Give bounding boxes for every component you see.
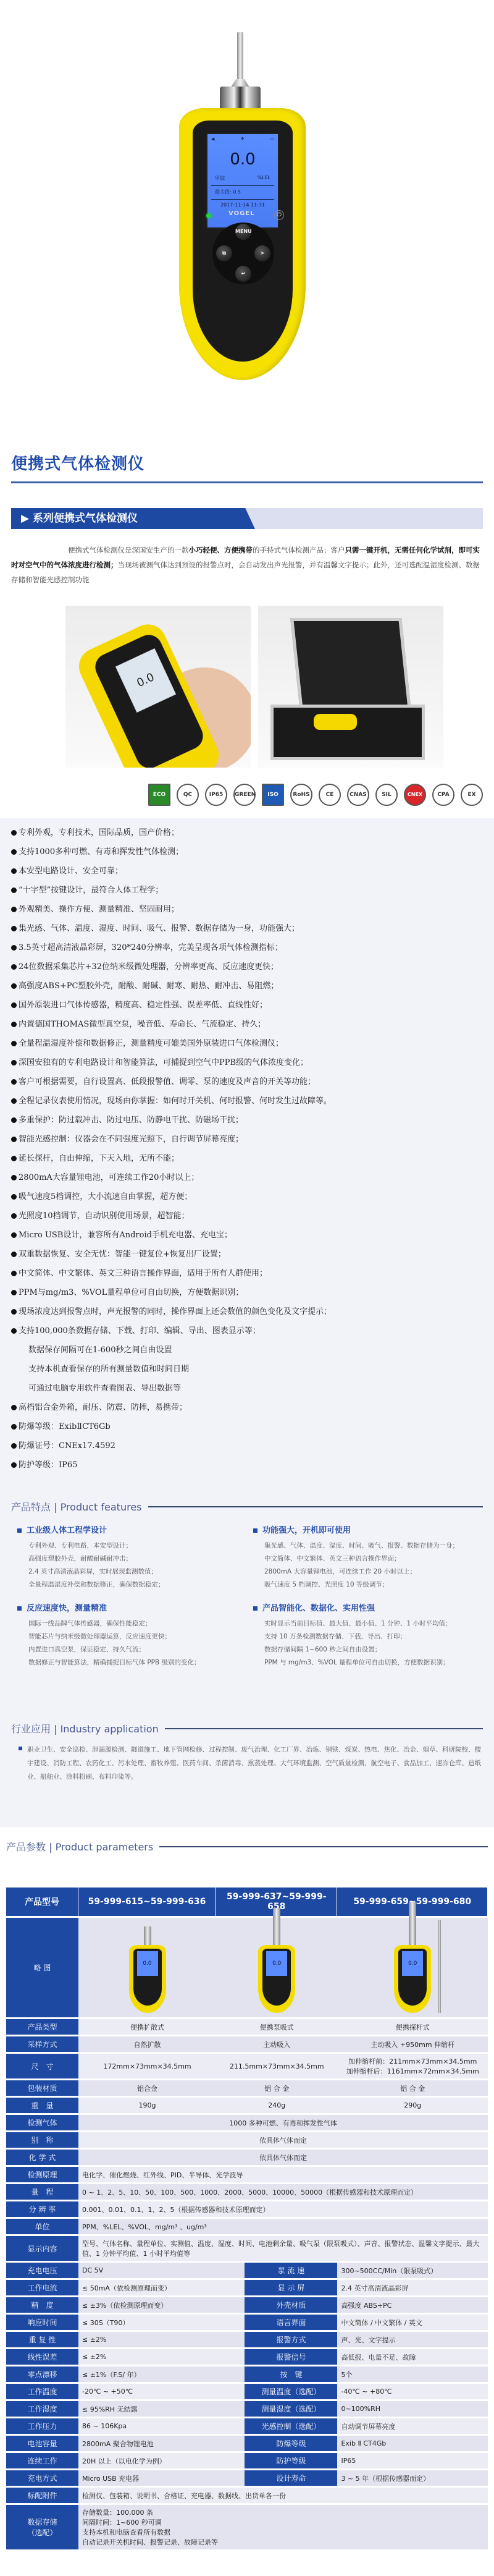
cell-value: ≤ ±3%（依检测原理而变）	[78, 2297, 245, 2313]
bullet-dot-icon	[11, 868, 17, 874]
bullet-dot-icon	[11, 964, 17, 970]
feature-item: 国外原装进口气体传感器，精度高、稳定性强、误差率低、直线性好；	[11, 996, 483, 1015]
cell-value: 86 ~ 106Kpa	[78, 2418, 245, 2434]
lcd-gas: 甲烷	[215, 175, 225, 182]
cell-value: Exib Ⅱ CT4Gb	[337, 2436, 488, 2451]
device-screen: 0.0	[137, 1951, 158, 1976]
product-page: ◀✣▭ 0.0 甲烷%LEL 最大值: 0.5 2017-11-14 11:31…	[0, 0, 494, 2576]
cell-value: 高强度 ABS+PC	[337, 2297, 488, 2313]
cell-value: ≤ 95%RH 无结露	[78, 2401, 245, 2417]
probe-rod	[237, 32, 243, 82]
device-thumbnail-pump: 0.0	[258, 1920, 295, 2013]
feature-block: 功能强大，开机即可使用集光感、气体、温度、湿度、时间、吸气、报警、数据存储为一身…	[253, 1522, 477, 1591]
bullet-dot-icon	[11, 1443, 17, 1449]
bullet-dot-icon	[11, 1098, 17, 1104]
image-row: 略 图0.00.00.0	[6, 1918, 488, 2017]
feature-text: PPM与mg/m3、%VOL量程单位可自由切换，方便数据识别；	[19, 1288, 243, 1297]
feature-item: 外观精美、操作方便、测量精准、坚固耐用；	[11, 900, 483, 919]
feature-text: 国外原装进口气体传感器，精度高、稳定性强、误差率低、直线性好；	[19, 1001, 267, 1010]
feature-block-line: 实时显示当前目标值、最大值、最小值、1 分钟、1 小时平均值；	[253, 1617, 477, 1630]
cell-value: 20H 以上（以电化学为例）	[78, 2453, 245, 2468]
series-banner-label: ▶ 系列便携式气体检测仪	[11, 508, 255, 529]
cell-value: -20℃ ~ +50℃	[78, 2384, 245, 2399]
row-label: 采样方式	[6, 2036, 78, 2052]
bullet-dot-icon	[11, 1290, 17, 1295]
bullet-dot-icon	[11, 1117, 17, 1123]
cell-value: 1000 多种可燃、有毒和挥发性气体	[78, 2115, 488, 2130]
intro-bold-1: 小巧轻便、方便携带	[189, 546, 253, 554]
bullet-square-icon	[253, 1606, 257, 1611]
fan-icon: ✣	[240, 137, 244, 142]
telescopic-rod	[438, 1920, 441, 2013]
cell-value: 检测仪、包装箱、说明书、合格证、充电器、数据线、出货单各一份	[78, 2488, 488, 2503]
cert-logo-icon: CNEX	[404, 784, 426, 806]
battery-icon: ▭	[270, 137, 274, 142]
probe-icon	[409, 1902, 416, 1945]
table-row: 单位PPM、%LEL、%VOL、mg/m³ 、ug/m³	[6, 2219, 488, 2234]
table-row: 包装材质铝合金铝 合 金铝 合 金	[6, 2080, 488, 2096]
cert-logo-icon: ECO	[148, 784, 170, 806]
feature-block-line: 数据修正与智能算法，精确捕捉目标气体 PPB 级别的变化；	[17, 1656, 241, 1669]
row-label: 外壳材质	[245, 2297, 337, 2313]
table-row: 响应时间≤ 30S（T90）语言界面中文简体 / 中文繁体 / 英文	[6, 2315, 488, 2330]
cell-value: ≤ ±2%	[78, 2332, 245, 2347]
section-title: 产品特点 | Product features	[11, 1499, 142, 1514]
feature-item: 防护等级：IP65	[11, 1455, 483, 1475]
cert-logo-icon: SIL	[375, 784, 398, 806]
device-in-case	[314, 714, 357, 730]
cert-logo-icon: IP65	[205, 784, 227, 806]
row-label: 重 量	[6, 2098, 78, 2113]
feature-list: 专利外观，专利技术，国际品质，国产价格；支持1000多种可燃、有毒和挥发性气体检…	[0, 818, 494, 1499]
row-label: 检测原理	[6, 2167, 78, 2182]
feature-text: 光照度10档调节，自动识别使用场景，超智能；	[19, 1211, 190, 1221]
model-image-cell: 0.0	[337, 1918, 488, 2017]
cell-value: 190g	[78, 2098, 216, 2113]
right-arrow-key-icon: >	[254, 245, 270, 261]
feature-block: 工业级人体工程学设计专利外观、专利电路，本安型设计；高强度塑胶外壳，耐酸耐碱耐冲…	[17, 1522, 241, 1591]
feature-item: 集光感、气体、温度、湿度、时间、吸气、报警、数据存储为一身，功能强大；	[11, 919, 483, 938]
model-image-cell: 0.0	[216, 1918, 337, 2017]
section-divider	[165, 1728, 483, 1729]
cell-value: 铝 合 金	[337, 2080, 488, 2096]
table-row: 工作温度-20℃ ~ +50℃测量温度（选配）-40℃ ~ +80℃	[6, 2384, 488, 2399]
lcd-datetime: 2017-11-14 11:31	[211, 199, 274, 208]
feature-block-title-text: 反应速度快，测量精准	[27, 1604, 107, 1613]
table-row: 重 复 性≤ ±2%报警方式声、光、文字提示	[6, 2332, 488, 2347]
intro-paragraph: 便携式气体检测仪是深国安生产的一款小巧轻便、方便携带的手持式气体检测产品；客户只…	[0, 529, 494, 587]
power-icon: ⏻	[274, 210, 284, 220]
row-label: 测量湿度（选配）	[245, 2401, 337, 2417]
row-label: 精 度	[6, 2297, 78, 2313]
feature-block-line: 内置进口真空泵，保证稳定、持久气流；	[17, 1643, 241, 1656]
table-row: 重 量190g240g290g	[6, 2098, 488, 2113]
feature-block-line: 全量程温湿度补偿和数据修正，确保数据稳定；	[17, 1578, 241, 1591]
feature-item: 防爆证号：CNEx17.4592	[11, 1436, 483, 1455]
cell-value: 依具体气体而定	[78, 2150, 488, 2165]
row-label: 连续工作	[6, 2453, 78, 2468]
feature-text: 延长探杆，自由伸缩，下天入地，无所不能；	[19, 1154, 179, 1163]
bullet-dot-icon	[11, 1462, 17, 1468]
feature-item: 本安型电路设计、安全可靠；	[11, 862, 483, 881]
feature-item: 防爆等级：ExibⅡCT6Gb	[11, 1417, 483, 1436]
feature-text: 现场浓度达到报警点时，声光报警的同时，操作界面上还会数值的颜色变化及文字提示；	[19, 1307, 332, 1316]
feature-text: 内置德国THOMAS微型真空泵，噪音低、寿命长、气流稳定、持久；	[19, 1020, 266, 1029]
feature-item: 支持1000多种可燃、有毒和挥发性气体检测；	[11, 842, 483, 862]
feature-item: PPM与mg/m3、%VOL量程单位可自由切换，方便数据识别；	[11, 1283, 483, 1302]
table-row: 显示内容型号、气体名称、量程单位、实测值、温度、湿度、时间、电池剩余量、吸气泵（…	[6, 2236, 488, 2261]
bullet-dot-icon	[11, 1424, 17, 1430]
feature-text: 支持100,000条数据存储、下载、打印、编辑、导出、图表显示等；	[19, 1326, 261, 1336]
feature-block-line: 智能芯片与纳米级微处理器运算，反应速度更快；	[17, 1630, 241, 1643]
title-section: 便携式气体检测仪	[0, 433, 494, 483]
feature-block: 反应速度快，测量精准国际一线品牌气体传感器，确保性能稳定；智能芯片与纳米级微处理…	[17, 1600, 241, 1669]
row-label: 语言界面	[245, 2315, 337, 2330]
row-label: 响应时间	[6, 2315, 78, 2330]
cert-logo-icon: RoHS	[290, 784, 312, 806]
cert-logo-icon: CNAS	[347, 784, 369, 806]
bullet-dot-icon	[11, 945, 17, 951]
cell-value: Micro USB 充电器	[78, 2470, 245, 2486]
bullet-dot-icon	[11, 1041, 17, 1046]
feature-block-title: 反应速度快，测量精准	[17, 1600, 241, 1617]
bullet-dot-icon	[11, 830, 17, 836]
feature-subitem: 支持本机查看保存的所有测量数值和时间日期	[11, 1360, 483, 1379]
feature-block-line: 国际一线品牌气体传感器，确保性能稳定；	[17, 1617, 241, 1630]
cell-value: 声、光、文字提示	[337, 2332, 488, 2347]
feature-text: 吸气速度5档调控，大小流速自由掌握，超方便；	[19, 1192, 192, 1201]
row-label: 工作湿度	[6, 2401, 78, 2417]
feature-text: “十字型”按键设计，最符合人体工程学；	[19, 886, 163, 895]
row-label: 数据存储 （选配）	[6, 2505, 78, 2549]
feature-item: 专利外观，专利技术，国际品质，国产价格；	[11, 823, 483, 842]
row-label: 充电方式	[6, 2470, 78, 2486]
feature-text: 全程记录仪表使用情况，现场由你掌握：如何时开关机、何时报警、何时发生过故障等。	[19, 1096, 332, 1106]
probe-icon	[273, 1908, 280, 1945]
cell-value: 存储数量：100,000 条 间隔时间：1~600 秒可调 支持本机和电脑查看所…	[78, 2505, 488, 2549]
bullet-square-icon	[19, 1747, 22, 1750]
row-label: 充电电压	[6, 2263, 78, 2278]
cell-value: 便携探杆式	[337, 2019, 488, 2035]
table-row: 化 学 式依具体气体而定	[6, 2150, 488, 2165]
feature-item: 深国安独有的专利电路设计和智能算法，可捕捉到空气中PPB级的气体浓度变化；	[11, 1053, 483, 1072]
feature-item: 中文简体、中文繁体、英文三种语言操作界面，适用于所有人群使用；	[11, 1264, 483, 1283]
feature-item: 全程记录仪表使用情况，现场由你掌握：如何时开关机、何时报警、何时发生过故障等。	[11, 1091, 483, 1111]
feature-item: 延长探杆，自由伸缩，下天入地，无所不能；	[11, 1149, 483, 1168]
bullet-square-icon	[17, 1528, 22, 1533]
section-title: 产品参数 | Product parameters	[6, 1839, 153, 1854]
bullet-dot-icon	[11, 1156, 17, 1161]
feature-item: 光照度10档调节，自动识别使用场景，超智能；	[11, 1206, 483, 1226]
cell-value: 加伸缩杆前：211mm×73mm×34.5mm 加伸缩杆后：1161mm×72m…	[337, 2054, 488, 2078]
table-row: 尺 寸172mm×73mm×34.5mm211.5mm×73mm×34.5mm加…	[6, 2054, 488, 2078]
feature-block-title-text: 产品智能化、数据化、实用性强	[262, 1604, 375, 1613]
feature-block-line: 专利外观、专利电路，本安型设计；	[17, 1540, 241, 1553]
title-divider	[11, 481, 483, 483]
model-number: 59-999-615~59-999-636	[78, 1888, 216, 1916]
row-label: 化 学 式	[6, 2150, 78, 2165]
lcd-max-value: 0.5	[233, 189, 241, 195]
feature-text: 专利外观，专利技术，国际品质，国产价格；	[19, 828, 179, 837]
table-row: 充电电压DC 5V泵 流 速300~500CC/Min（限泵吸式）	[6, 2263, 488, 2278]
cert-logo-icon: ISO	[262, 784, 284, 806]
cell-value: 电化学、催化燃烧、红外线、PID、半导体、光学波导	[78, 2167, 488, 2182]
table-row: 精 度≤ ±3%（依检测原理而变）外壳材质高强度 ABS+PC	[6, 2297, 488, 2313]
cell-value: 211.5mm×73mm×34.5mm	[216, 2054, 337, 2078]
parameters-table: 产品型号59-999-615~59-999-63659-999-637~59-9…	[6, 1886, 488, 2551]
row-label: 光感控制（选配）	[245, 2418, 337, 2434]
feature-item: 现场浓度达到报警点时，声光报警的同时，操作界面上还会数值的颜色变化及文字提示；	[11, 1302, 483, 1321]
feature-text: 全量程温湿度补偿和数据修正，测量精度可媲美国外原装进口气体检测仪；	[19, 1039, 283, 1048]
row-label: 产品类型	[6, 2019, 78, 2035]
device-thumbnail-diffusion: 0.0	[129, 1920, 166, 2013]
cell-value: DC 5V	[78, 2263, 245, 2278]
bullet-dot-icon	[11, 1405, 17, 1410]
device-thumbnail-probe: 0.0	[394, 1920, 431, 2013]
table-row: 产品类型便携扩散式便携泵吸式便携探杆式	[6, 2019, 488, 2035]
row-label: 标配附件	[6, 2488, 78, 2503]
table-row: 检测原理电化学、催化燃烧、红外线、PID、半导体、光学波导	[6, 2167, 488, 2182]
industry-heading: 行业应用 | Industry application	[0, 1721, 494, 1735]
row-label: 尺 寸	[6, 2054, 78, 2078]
bullet-dot-icon	[11, 1002, 17, 1008]
feature-text: 防爆证号：CNEx17.4592	[19, 1441, 115, 1451]
feature-block-title: 产品智能化、数据化、实用性强	[253, 1600, 477, 1617]
lcd-reading: 0.0	[211, 150, 274, 169]
feature-item: 24位数据采集芯片+32位纳米级微处理器，分辨率更高、反应速度更快；	[11, 957, 483, 977]
feature-block-line: 高强度塑胶外壳，耐酸耐碱耐冲击；	[17, 1553, 241, 1566]
intro-text-2: 的手持式气体检测产品；客户	[253, 546, 345, 554]
row-label: 报警信号	[245, 2349, 337, 2365]
feature-block-title: 工业级人体工程学设计	[17, 1522, 241, 1540]
cell-value: PPM、%LEL、%VOL、mg/m³ 、ug/m³	[78, 2219, 488, 2234]
case-lid	[290, 618, 411, 711]
row-label: 工作电流	[6, 2280, 78, 2295]
feature-text: 3.5英寸超高清液晶彩屏，320*240分辨率，完美呈现各项气体检测指标；	[19, 943, 283, 952]
table-row: 数据存储 （选配）存储数量：100,000 条 间隔时间：1~600 秒可调 支…	[6, 2505, 488, 2549]
cell-value: 型号、气体名称、量程单位、实测值、温度、湿度、时间、电池剩余量、吸气泵（限泵吸式…	[78, 2236, 488, 2261]
row-label: 单位	[6, 2219, 78, 2234]
feature-text: 2800mA大容量锂电池，可连续工作20小时以上；	[19, 1173, 199, 1182]
switch-key-icon: ⧉	[216, 245, 232, 261]
bullet-dot-icon	[11, 983, 17, 989]
cell-value: 铝 合 金	[216, 2080, 337, 2096]
cell-value: 5个	[337, 2366, 488, 2382]
row-label: 防爆等级	[245, 2436, 337, 2451]
cell-value: 中文简体 / 中文繁体 / 英文	[337, 2315, 488, 2330]
product-features-section: 产品特点 | Product features 工业级人体工程学设计专利外观、专…	[0, 1499, 494, 1697]
row-label: 略 图	[6, 1918, 78, 2017]
table-row: 检测气体1000 多种可燃、有毒和挥发性气体	[6, 2115, 488, 2130]
cert-logo-icon: CE	[319, 784, 341, 806]
page-title: 便携式气体检测仪	[11, 451, 483, 474]
cell-value: 290g	[337, 2098, 488, 2113]
status-led	[206, 213, 211, 218]
feature-item: 双重数据恢复、安全无忧：智能一键复位+恢复出厂设置；	[11, 1245, 483, 1264]
product-features-heading: 产品特点 | Product features	[0, 1499, 494, 1514]
table-row: 工作湿度≤ 95%RH 无结露测量湿度（选配）0~100%RH	[6, 2401, 488, 2417]
brand-logo: VOGEL	[228, 210, 254, 217]
table-row: 分 辨 率0.001、0.01、0.1、1、2、5（根据传感器和技术原理而定）	[6, 2201, 488, 2217]
cert-logo-icon: EX	[461, 784, 483, 806]
feature-block-line: PPM 与 mg/m3、%VOL 量程单位可自由切换，方便数据识别；	[253, 1656, 477, 1669]
feature-block: 产品智能化、数据化、实用性强实时显示当前目标值、最大值、最小值、1 分钟、1 小…	[253, 1600, 477, 1669]
bullet-square-icon	[253, 1528, 257, 1533]
certification-logos: ECOQCIP65GREENISORoHSCECNASSILCNEXCPAEX	[0, 768, 494, 818]
bullet-dot-icon	[11, 1175, 17, 1180]
feature-item: 内置德国THOMAS微型真空泵，噪音低、寿命长、气流稳定、持久；	[11, 1015, 483, 1034]
device-screen: 0.0	[266, 1951, 287, 1976]
parameters-heading: 产品参数 | Product parameters	[0, 1839, 494, 1854]
industry-application-section: 行业应用 | Industry application 职业卫生、安全巡检、泄漏…	[0, 1697, 494, 1827]
feature-block-line: 2.4 英寸高清液晶彩屏，实时展现监测数值；	[17, 1566, 241, 1578]
table-row: 充电方式Micro USB 充电器设计寿命3 ~ 5 年（根据传感器而定）	[6, 2470, 488, 2486]
cell-value: 0~100%RH	[337, 2401, 488, 2417]
cell-value: 2800mA 聚合物锂电池	[78, 2436, 245, 2451]
cell-value: 主动吸入	[216, 2036, 337, 2052]
feature-block-line: 吸气速度 5 档调控、光照度 10 等级调节；	[253, 1578, 477, 1591]
bullet-dot-icon	[11, 1309, 17, 1315]
cell-value: ≤ 30S（T90）	[78, 2315, 245, 2330]
cell-value: 240g	[216, 2098, 337, 2113]
bullet-dot-icon	[11, 1328, 17, 1334]
cell-value: 300~500CC/Min（限泵吸式）	[337, 2263, 488, 2278]
cell-value: ≤ ±2%	[78, 2349, 245, 2365]
feature-item: 客户可根据需要，自行设置高、低段报警值、调零、泵的速度及声音的开关等功能；	[11, 1072, 483, 1091]
feature-item: “十字型”按键设计，最符合人体工程学；	[11, 881, 483, 900]
row-label: 测量温度（选配）	[245, 2384, 337, 2399]
cell-value: 便携扩散式	[78, 2019, 216, 2035]
industry-text: 职业卫生、安全巡检、泄漏源检测、隧道施工、地下管网检修、过程控制、废气治理、化工…	[27, 1746, 481, 1781]
bullet-dot-icon	[11, 888, 17, 893]
feature-block-title: 功能强大，开机即可使用	[253, 1522, 477, 1540]
feature-text: 多重保护：防过载冲击、防过电压、防静电干扰、防磁场干扰；	[19, 1116, 243, 1125]
row-label: 线性误差	[6, 2349, 78, 2365]
bullet-dot-icon	[11, 1022, 17, 1027]
row-label: 显 示 屏	[245, 2280, 337, 2295]
table-row: 线性误差≤ ±2%报警信号高低报、电量不足、故障	[6, 2349, 488, 2365]
feature-text: 深国安独有的专利电路设计和智能算法，可捕捉到空气中PPB级的气体浓度变化；	[19, 1058, 308, 1067]
section-divider	[159, 1846, 488, 1847]
feature-subitem: 可通过电脑专用软件查看图表、导出数据等	[11, 1379, 483, 1398]
cell-value: 0 ~ 1、2、5、10、50、100、500、1000、2000、5000、1…	[78, 2184, 488, 2200]
feature-text: 防护等级：IP65	[19, 1460, 77, 1470]
feature-text: 高档铝合金外箱，耐压、防震、防摔，易携带；	[19, 1403, 187, 1412]
probe-icon	[144, 1926, 151, 1945]
table-row: 电池容量2800mA 聚合物锂电池防爆等级Exib Ⅱ CT4Gb	[6, 2436, 488, 2451]
cell-value: 便携泵吸式	[216, 2019, 337, 2035]
cell-value: 0.001、0.01、0.1、1、2、5（根据传感器和技术原理而定）	[78, 2201, 488, 2217]
cell-value: 高低报、电量不足、故障	[337, 2349, 488, 2365]
table-row: 采样方式自然扩散主动吸入主动吸入 +950mm 伸缩杆	[6, 2036, 488, 2052]
model-image-cell: 0.0	[78, 1918, 216, 2017]
bullet-dot-icon	[11, 1060, 17, 1066]
feature-block-line: 集光感、气体、温度、湿度、时间、吸气、报警、数据存储为一身；	[253, 1540, 477, 1553]
cert-logo-icon: GREEN	[233, 784, 256, 806]
cell-value: 3 ~ 5 年（根据传感器而定）	[337, 2470, 488, 2486]
bullet-square-icon	[17, 1606, 22, 1611]
bullet-dot-icon	[11, 849, 17, 855]
table-row: 零点漂移≤ ±1%（F.S/ 年）按 键5个	[6, 2366, 488, 2382]
bullet-dot-icon	[11, 1079, 17, 1085]
feature-text: 防爆等级：ExibⅡCT6Gb	[19, 1422, 111, 1431]
lcd-unit: %LEL	[257, 175, 270, 182]
intro-text-1: 便携式气体检测仪是深国安生产的一款	[68, 546, 189, 554]
feature-block-line: 中文简体、中文繁体、英文三种语言操作界面；	[253, 1553, 477, 1566]
bullet-dot-icon	[11, 1252, 17, 1257]
row-label: 设计寿命	[245, 2470, 337, 2486]
feature-text: Micro USB设计，兼容所有Android手机充电器、充电宝；	[19, 1231, 232, 1240]
row-label: 工作压力	[6, 2418, 78, 2434]
row-label: 泵 流 速	[245, 2263, 337, 2278]
row-label: 电池容量	[6, 2436, 78, 2451]
feature-block-line: 支持 10 万条检测数据存储、下载、导出、打印；	[253, 1630, 477, 1643]
feature-item: 吸气速度5档调控，大小流速自由掌握，超方便；	[11, 1187, 483, 1206]
row-label: 防护等级	[245, 2453, 337, 2468]
device-screen: 0.0	[402, 1951, 423, 1976]
table-row: 别 称依具体气体而定	[6, 2132, 488, 2148]
cell-value: ≤ ±1%（F.S/ 年）	[78, 2366, 245, 2382]
product-parameters-section: 产品参数 | Product parameters 产品型号59-999-615…	[0, 1827, 494, 2576]
feature-block-line: 2800mA 大容量锂电池，可连续工作 20 小时以上；	[253, 1566, 477, 1578]
feature-item: 2800mA大容量锂电池，可连续工作20小时以上；	[11, 1168, 483, 1187]
hero-product-image: ◀✣▭ 0.0 甲烷%LEL 最大值: 0.5 2017-11-14 11:31…	[0, 0, 494, 433]
industry-list: 职业卫生、安全巡检、泄漏源检测、隧道施工、地下管网检修、过程控制、废气治理、化工…	[0, 1735, 494, 1784]
row-label: 显示内容	[6, 2236, 78, 2261]
bullet-dot-icon	[11, 1271, 17, 1276]
row-label: 别 称	[6, 2132, 78, 2148]
cell-value: 172mm×73mm×34.5mm	[78, 2054, 216, 2078]
bullet-dot-icon	[11, 1232, 17, 1238]
feature-block-title-text: 功能强大，开机即可使用	[262, 1526, 351, 1535]
bullet-dot-icon	[11, 1213, 17, 1219]
header-label: 产品型号	[6, 1888, 78, 1916]
feature-block-line: 数据存储间隔 1~600 秒之间自由设置；	[253, 1643, 477, 1656]
cell-value: 自动调节屏幕亮度	[337, 2418, 488, 2434]
product-photos: 0.0	[0, 587, 494, 768]
feature-subitem: 数据保存间隔可在1-600秒之间自由设置	[11, 1341, 483, 1360]
feature-item: 智能光感控制：仪器会在不同强度光照下，自行调节屏幕亮度；	[11, 1130, 483, 1149]
feature-item: 高强度ABS+PC塑胶外壳，耐酸、耐碱、耐寒、耐热、耐冲击、易阻燃；	[11, 977, 483, 996]
cert-logo-icon: QC	[177, 784, 199, 806]
bullet-dot-icon	[11, 926, 17, 931]
feature-text: 外观精美、操作方便、测量精准、坚固耐用；	[19, 905, 179, 914]
feature-item: 高档铝合金外箱，耐压、防震、防摔，易携带；	[11, 1398, 483, 1417]
row-label: 量 程	[6, 2184, 78, 2200]
row-label: 分 辨 率	[6, 2201, 78, 2217]
menu-key: MENU	[235, 224, 251, 240]
row-label: 报警方式	[245, 2332, 337, 2347]
cell-value: 依具体气体而定	[78, 2132, 488, 2148]
lcd-max-label: 最大值:	[215, 189, 232, 195]
section-title: 行业应用 | Industry application	[11, 1721, 159, 1735]
row-label: 包装材质	[6, 2080, 78, 2096]
cell-value: -40℃ ~ +80℃	[337, 2384, 488, 2399]
feature-item: 3.5英寸超高清液晶彩屏，320*240分辨率，完美呈现各项气体检测指标；	[11, 938, 483, 957]
table-row: 工作压力86 ~ 106Kpa光感控制（选配）自动调节屏幕亮度	[6, 2418, 488, 2434]
cell-value: ≤ 50mA（依检测原理而变）	[78, 2280, 245, 2295]
series-banner: ▶ 系列便携式气体检测仪	[11, 508, 483, 529]
row-label: 重 复 性	[6, 2332, 78, 2347]
feature-block-title-text: 工业级人体工程学设计	[27, 1526, 107, 1535]
feature-text: 双重数据恢复、安全无忧：智能一键复位+恢复出厂设置；	[19, 1250, 226, 1259]
bullet-dot-icon	[11, 1194, 17, 1200]
cell-value: 主动吸入 +950mm 伸缩杆	[337, 2036, 488, 2052]
feature-text: 中文简体、中文繁体、英文三种语言操作界面，适用于所有人群使用；	[19, 1269, 267, 1278]
row-label: 工作温度	[6, 2384, 78, 2399]
table-row: 量 程0 ~ 1、2、5、10、50、100、500、1000、2000、500…	[6, 2184, 488, 2200]
bullet-dot-icon	[11, 907, 17, 912]
